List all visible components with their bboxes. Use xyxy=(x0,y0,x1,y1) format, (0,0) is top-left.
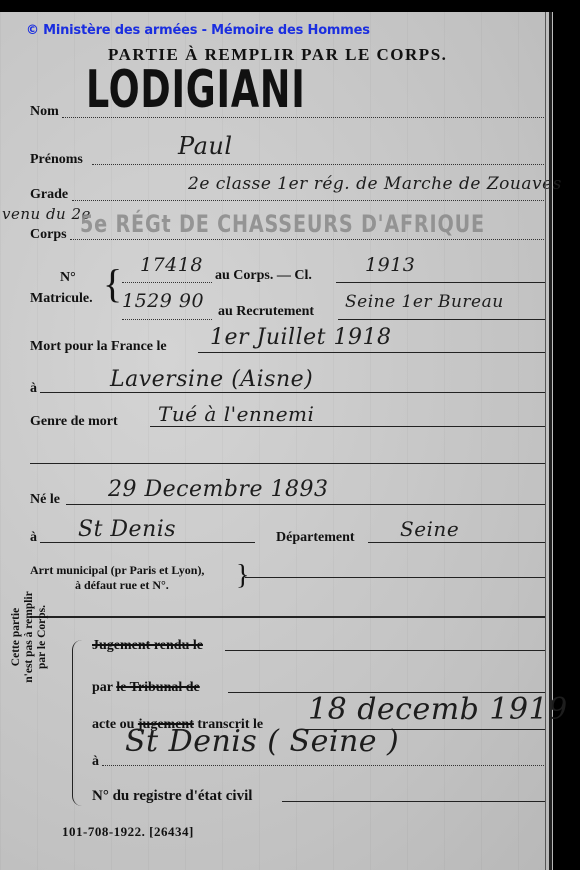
section-divider xyxy=(30,616,546,618)
transcrit-lieu-value: St Denis ( Seine ) xyxy=(125,724,399,759)
card-edge-inner xyxy=(545,12,546,870)
grade-value: 2e classe 1er rég. de Marche de Zouaves xyxy=(188,174,562,194)
corps-stamp: 5e RÉGt DE CHASSEURS D'AFRIQUE xyxy=(80,210,485,238)
matricule-recrutement-value: 1529 90 xyxy=(122,290,204,312)
registre-line xyxy=(282,801,546,802)
nom-value: LODIGIANI xyxy=(86,64,306,116)
prenoms-value: Paul xyxy=(178,132,233,160)
side-note-line-2: n'est pas à remplir xyxy=(23,562,36,712)
departement-value: Seine xyxy=(400,517,459,541)
ne-a-line xyxy=(40,542,255,543)
recrutement-office-line xyxy=(338,319,546,320)
copyright-watermark: © Ministère des armées - Mémoire des Hom… xyxy=(26,23,370,38)
matricule-corps-value: 17418 xyxy=(140,254,203,276)
mort-date-value: 1er Juillet 1918 xyxy=(210,325,391,350)
jugement-label: Jugement rendu le xyxy=(92,638,203,654)
departement-line xyxy=(368,542,546,543)
transcrit-lieu-label: à xyxy=(92,754,99,770)
mort-lieu-value: Laversine (Aisne) xyxy=(110,367,313,392)
ne-a-value: St Denis xyxy=(78,517,176,542)
tribunal-struck: le Tribunal de xyxy=(116,680,200,695)
recrutement-office-value: Seine 1er Bureau xyxy=(345,292,504,312)
ne-le-label: Né le xyxy=(30,492,60,508)
corps-line xyxy=(70,239,546,240)
corps-margin-note: venu du 2e xyxy=(2,205,91,223)
arrondissement-label-2: à défaut rue et N°. xyxy=(75,578,169,593)
grade-line xyxy=(72,200,546,201)
matricule-label-no: N° xyxy=(60,270,76,286)
genre-mort-line xyxy=(150,426,546,427)
matricule-corps-line xyxy=(122,282,212,283)
ne-le-line xyxy=(66,504,546,505)
departement-label: Département xyxy=(276,530,355,546)
arrondissement-brace: } xyxy=(236,560,249,592)
ne-le-value: 29 Decembre 1893 xyxy=(108,477,328,502)
nom-label: Nom xyxy=(30,104,59,120)
mort-date-label: Mort pour la France le xyxy=(30,339,167,355)
transcrit-value: 18 decemb 1919 xyxy=(308,692,568,727)
genre-mort-value: Tué à l'ennemi xyxy=(158,402,314,426)
mort-lieu-label: à xyxy=(30,381,37,397)
matricule-label: Matricule. xyxy=(30,291,93,307)
prenoms-label: Prénoms xyxy=(30,152,83,168)
classe-line xyxy=(336,282,546,283)
side-brace xyxy=(72,640,83,806)
arrondissement-line xyxy=(245,577,546,578)
tribunal-label: par le Tribunal de xyxy=(92,680,200,696)
form-code: 101-708-1922. [26434] xyxy=(62,824,194,840)
mort-lieu-line xyxy=(40,392,546,393)
genre-mort-label: Genre de mort xyxy=(30,414,118,430)
side-note-line-3: par le Corps. xyxy=(36,562,49,712)
corps-label: Corps xyxy=(30,227,67,243)
tribunal-prefix: par xyxy=(92,680,116,695)
blank-line xyxy=(30,463,546,464)
side-note-line-1: Cette partie xyxy=(10,562,23,712)
card-edge xyxy=(549,12,552,870)
death-record-card: © Ministère des armées - Mémoire des Hom… xyxy=(0,12,553,870)
matricule-brace: { xyxy=(103,264,122,304)
recrutement-label: au Recrutement xyxy=(218,304,314,320)
prenoms-line xyxy=(92,164,546,165)
registre-label: N° du registre d'état civil xyxy=(92,788,252,805)
classe-value: 1913 xyxy=(365,254,415,276)
ne-a-label: à xyxy=(30,530,37,546)
arrondissement-label-1: Arrt municipal (pr Paris et Lyon), xyxy=(30,563,204,578)
transcrit-lieu-line xyxy=(102,765,546,766)
grade-label: Grade xyxy=(30,187,68,203)
side-note: Cette partie n'est pas à remplir par le … xyxy=(10,562,49,712)
jugement-line xyxy=(225,650,546,651)
mort-date-line xyxy=(198,352,546,353)
matricule-recrutement-line xyxy=(122,319,212,320)
matricule-corps-label: au Corps. — Cl. xyxy=(215,268,312,284)
